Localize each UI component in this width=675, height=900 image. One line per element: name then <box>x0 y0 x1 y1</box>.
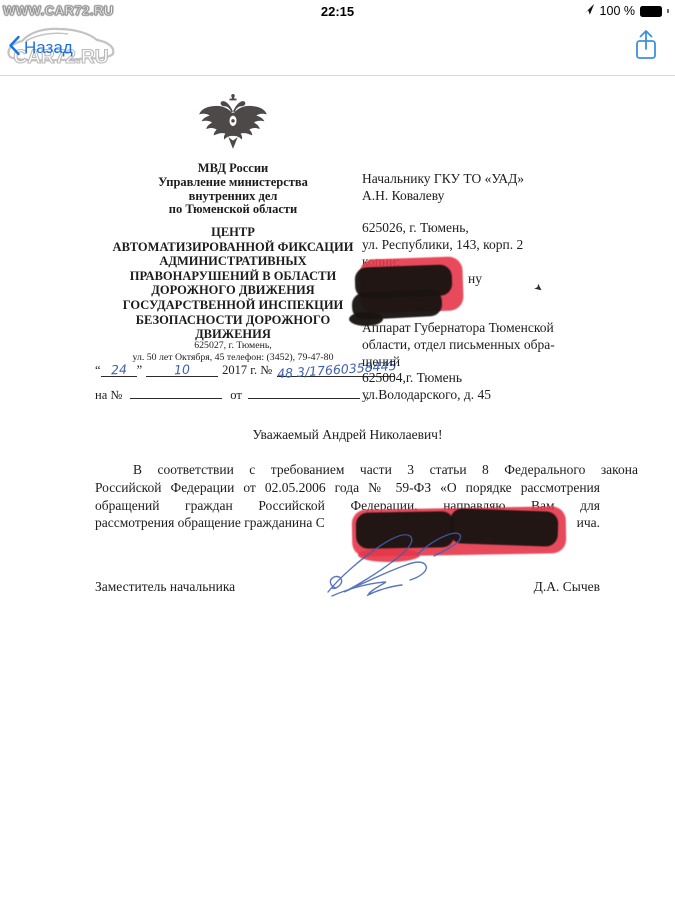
center-line: АВТОМАТИЗИРОВАННОЙ ФИКСАЦИИ <box>93 240 373 255</box>
org-line: внутренних дел <box>93 190 373 204</box>
addressee-address-line: ул. Республики, 143, корп. 2 <box>362 236 523 253</box>
month-field: 10 <box>146 362 218 377</box>
recipient2-line: области, отдел письменных обра- <box>362 336 555 353</box>
reference-line: на № от , <box>95 384 369 403</box>
org-line: МВД России <box>93 162 373 176</box>
share-icon <box>632 51 660 68</box>
recipient2-line: Аппарат Губернатора Тюменской <box>362 319 554 336</box>
center-line: ПРАВОНАРУШЕНИЙ В ОБЛАСТИ <box>93 269 373 284</box>
handwritten-month: 10 <box>174 362 191 378</box>
battery-tip <box>667 9 669 13</box>
pen-check-mark: ➤ <box>532 282 545 296</box>
ot-field <box>248 384 360 399</box>
recipient2-line: 625004,г. Тюмень <box>362 369 462 386</box>
letterhead-address-line: 625027, г. Тюмень, <box>93 340 373 352</box>
status-right-cluster: 100 % <box>583 3 669 19</box>
nav-bar: CAR72.RU Назад <box>0 22 675 76</box>
ot-label: от <box>230 388 242 403</box>
status-bar: WWW.CAR72.RU 22:15 100 % <box>0 0 675 22</box>
quote-close: ” <box>137 363 143 378</box>
recipient2-line: щений <box>362 353 400 370</box>
signoff-title: Заместитель начальника <box>95 579 235 595</box>
center-line: БЕЗОПАСНОСТИ ДОРОЖНОГО <box>93 313 373 328</box>
org-line: по Тюменской области <box>93 203 373 217</box>
body-line: В соответствии с требованием части 3 ста… <box>95 462 638 478</box>
back-button-label: Назад <box>24 38 73 58</box>
na-field <box>130 384 222 399</box>
battery-icon <box>640 6 662 17</box>
salutation: Уважаемый Андрей Николаевич! <box>95 427 600 443</box>
body-line: Российской Федерации от 02.05.2006 года … <box>95 480 600 496</box>
mvd-eagle-emblem <box>198 90 268 159</box>
redacted-fragment-end: ну <box>468 270 482 287</box>
addressee-to-line: Начальнику ГКУ ТО «УАД» <box>362 170 524 187</box>
back-chevron-icon <box>8 35 20 61</box>
body-line4-start: рассмотрения обращение гражданина С <box>95 515 325 531</box>
letterhead-center-name: ЦЕНТР АВТОМАТИЗИРОВАННОЙ ФИКСАЦИИ АДМИНИ… <box>93 225 373 342</box>
body-line4-end: ича. <box>577 515 600 531</box>
battery-percent: 100 % <box>600 4 635 18</box>
center-line: ГОСУДАРСТВЕННОЙ ИНСПЕКЦИИ <box>93 298 373 313</box>
na-label: на № <box>95 388 122 403</box>
date-number-line: “ 24 ” 10 2017 г. № 48 3/17660358445 <box>95 362 395 378</box>
signoff-name: Д.А. Сычев <box>500 579 600 595</box>
handwritten-day: 24 <box>110 362 127 378</box>
document-page[interactable]: МВД России Управление министерства внутр… <box>0 76 675 900</box>
recipient2-line: ул.Володарского, д. 45 <box>362 386 491 403</box>
back-button[interactable]: Назад <box>8 35 73 61</box>
addressee-address-line: 625026, г. Тюмень, <box>362 219 469 236</box>
center-line: ЦЕНТР <box>93 225 373 240</box>
center-line: АДМИНИСТРАТИВНЫХ <box>93 254 373 269</box>
location-arrow-icon <box>583 2 595 20</box>
day-field: 24 <box>101 362 137 377</box>
letterhead-address: 625027, г. Тюмень, ул. 50 лет Октября, 4… <box>93 340 373 363</box>
share-button[interactable] <box>632 28 660 69</box>
center-line: ДОРОЖНОГО ДВИЖЕНИЯ <box>93 283 373 298</box>
addressee-to-line: А.Н. Ковалеву <box>362 187 444 204</box>
screen: WWW.CAR72.RU 22:15 100 % CAR72.RU Назад <box>0 0 675 900</box>
year-number-label: 2017 г. № <box>222 363 272 378</box>
status-time: 22:15 <box>0 4 675 19</box>
letterhead-org: МВД России Управление министерства внутр… <box>93 162 373 217</box>
pen-signature <box>322 530 470 615</box>
org-line: Управление министерства <box>93 176 373 190</box>
